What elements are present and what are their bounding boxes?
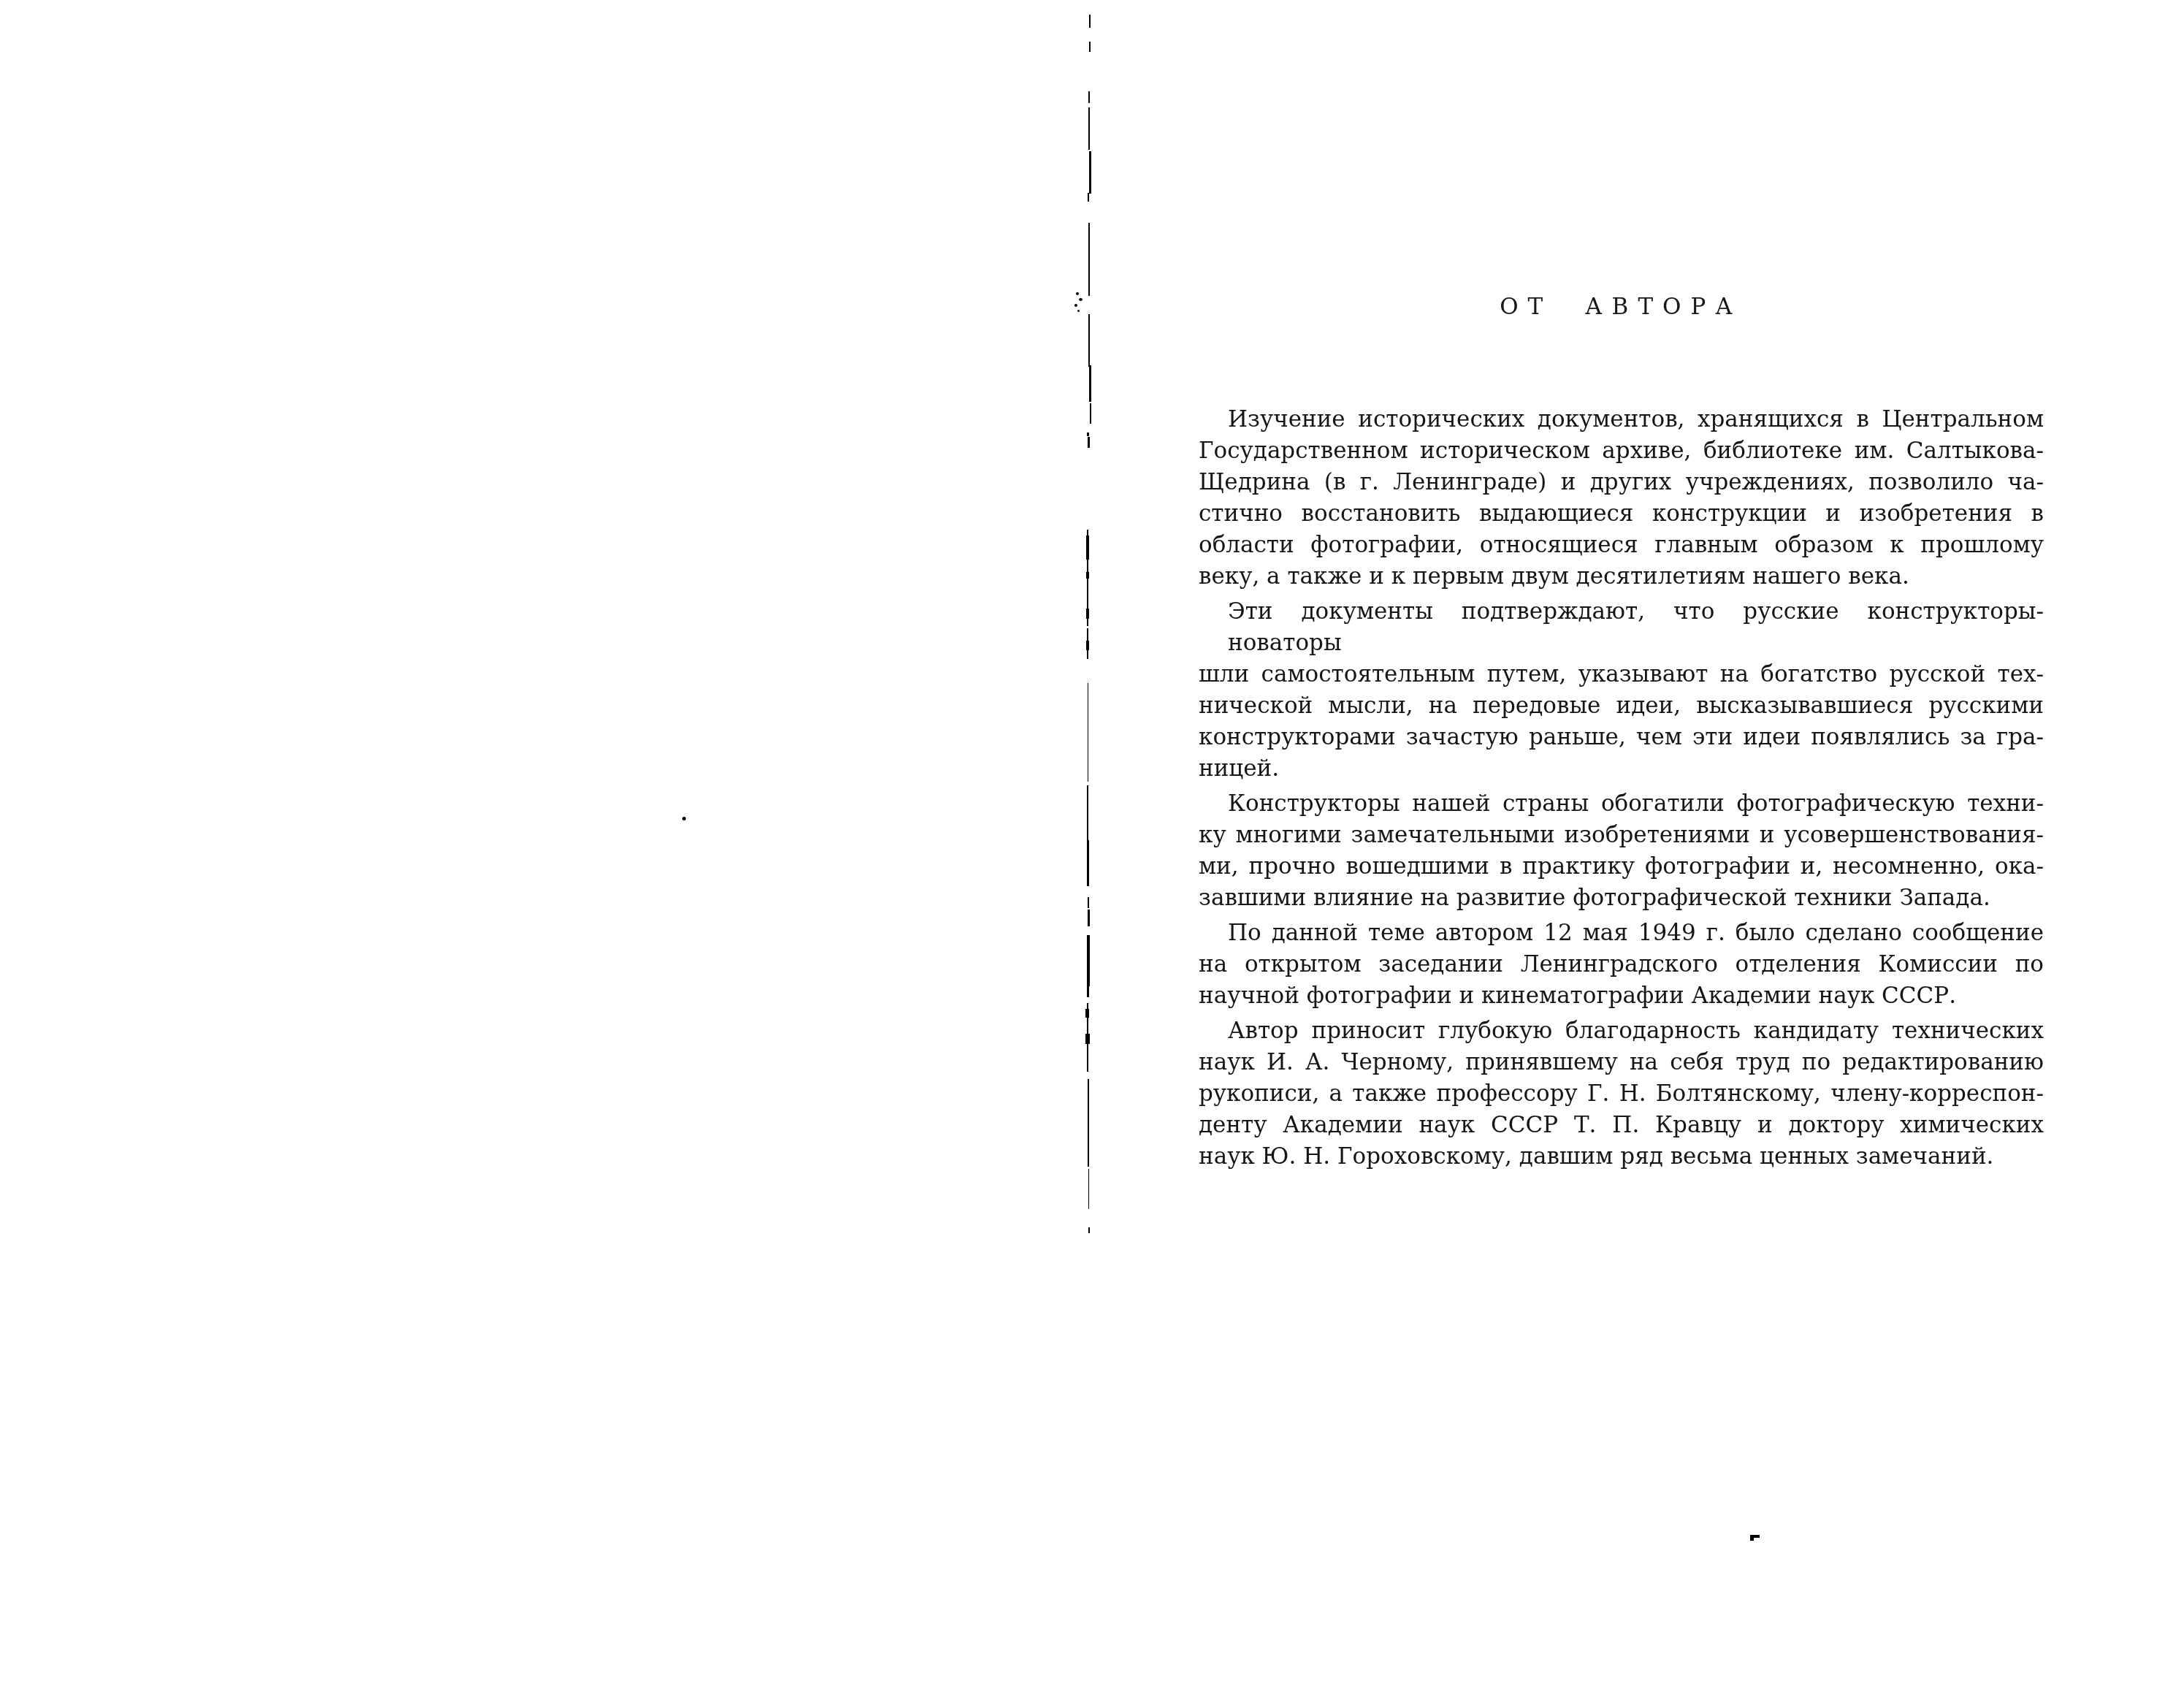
text-line: Щедрина (в г. Ленинграде) и других учреж… — [1199, 467, 2044, 498]
text-line: Государственном историческом архиве, биб… — [1199, 435, 2044, 467]
paragraph: Изучение исторических документов, хранящ… — [1199, 404, 2044, 592]
text-line: стично восстановить выдающиеся конструкц… — [1199, 498, 2044, 530]
text-line: области фотографии, относящиеся главным … — [1199, 530, 2044, 561]
text-line: рукописи, а также профессору Г. Н. Болтя… — [1199, 1078, 2044, 1110]
paragraph: Эти документы подтверждают, что русские … — [1199, 596, 2044, 785]
text-line: наук И. А. Черному, принявшему на себя т… — [1199, 1047, 2044, 1078]
text-line: Эти документы подтверждают, что русские … — [1199, 596, 2044, 659]
text-line: веку, а также и к первым двум десятилети… — [1199, 561, 2044, 592]
text-line: научной фотографии и кинематографии Акад… — [1199, 980, 2044, 1012]
text-line: ку многими замечательными изобретениями … — [1199, 820, 2044, 851]
text-line: Автор приносит глубокую благодарность ка… — [1199, 1015, 2044, 1047]
text-line: Конструкторы нашей страны обогатили фото… — [1199, 788, 2044, 820]
text-line: ницей. — [1199, 753, 2044, 785]
paragraph: Автор приносит глубокую благодарность ка… — [1199, 1015, 2044, 1173]
left-blank-page — [0, 0, 1081, 1681]
ink-speck — [1750, 1537, 1754, 1541]
text-line: По данной теме автором 12 мая 1949 г. бы… — [1199, 918, 2044, 949]
text-line: шли самостоятельным путем, указывают на … — [1199, 659, 2044, 690]
text-line: ми, прочно вошедшими в практику фотограф… — [1199, 851, 2044, 883]
body-text: Изучение исторических документов, хранящ… — [1199, 404, 2044, 1173]
text-line: завшими влияние на развитие фотографичес… — [1199, 883, 2044, 914]
text-line: Изучение исторических документов, хранящ… — [1199, 404, 2044, 435]
page-title: ОТ АВТОРА — [1198, 294, 2044, 320]
paragraph: Конструкторы нашей страны обогатили фото… — [1199, 788, 2044, 914]
paragraph: По данной теме автором 12 мая 1949 г. бы… — [1199, 918, 2044, 1012]
scanned-book-spread: ОТ АВТОРА Изучение исторических документ… — [0, 0, 2184, 1681]
text-line: на открытом заседании Ленинградского отд… — [1199, 949, 2044, 980]
text-line: наук Ю. Н. Гороховскому, давшим ряд весь… — [1199, 1141, 2044, 1173]
text-line: нической мысли, на передовые идеи, выска… — [1199, 690, 2044, 722]
text-line: денту Академии наук СССР Т. П. Кравцу и … — [1199, 1110, 2044, 1141]
text-line: конструкторами зачастую раньше, чем эти … — [1199, 722, 2044, 753]
ink-speck — [682, 817, 686, 820]
